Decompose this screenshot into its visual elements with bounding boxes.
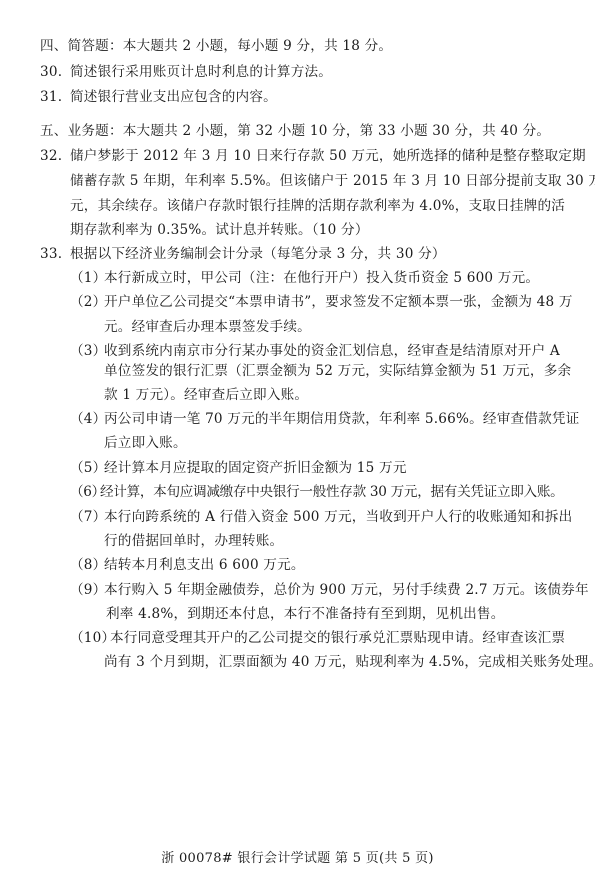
entry-text: 收到系统内南京市分行某办事处的资金汇划信息，经审查是结清原对开户 A [104,342,560,360]
entry-7-line-2: 行的借据回单时，办理转账。 [104,532,283,550]
page-footer: 浙 00078# 银行会计学试题 第 5 页(共 5 页) [0,850,595,868]
question-32-line-3: 元，其余续存。该储户存款时银行挂牌的活期存款利率为 4.0%，支取日挂牌的活 [70,197,565,215]
exam-page: 四、简答题：本大题共 2 小题，每小题 9 分，共 18 分。 30. 简述银行… [0,0,595,896]
entry-3-line-3: 款 1 万元）。经审查后立即入账。 [104,386,308,404]
question-text: 简述银行采用账页计息时利息的计算方法。 [70,63,332,81]
entry-3-line-2: 单位签发的银行汇票（汇票金额为 52 万元，实际结算金额为 51 万元，多余 [104,362,571,380]
entry-text: 经计算本月应提取的固定资产折旧金额为 15 万元 [104,459,407,477]
entry-label: （7） [70,508,106,526]
question-number: 33. [40,245,62,263]
entry-label: （8） [70,556,106,574]
question-number: 31. [40,88,62,106]
entry-text: 经计算，本旬应调减缴存中央银行一般性存款 30 万元，据有关凭证立即入账。 [100,483,563,501]
entry-label: （4） [70,410,106,428]
entry-text: 丙公司申请一笔 70 万元的半年期信用贷款，年利率 5.66%。经审查借款凭证 [104,410,579,428]
entry-text: 本行同意受理其开户的乙公司提交的银行承兑汇票贴现申请。经审查该汇票 [110,629,565,647]
section-4-heading: 四、简答题：本大题共 2 小题，每小题 9 分，共 18 分。 [40,37,392,55]
question-number: 30. [40,63,62,81]
entry-text: 结转本月利息支出 6 600 万元。 [104,556,305,574]
question-number: 32. [40,147,62,165]
entry-text: 开户单位乙公司提交“本票申请书”，要求签发不定额本票一张，金额为 48 万 [104,293,573,311]
entry-text: 本行新成立时，甲公司（注：在他行开户）投入货币资金 5 600 万元。 [104,269,539,287]
entry-label: （2） [70,293,106,311]
section-5-heading: 五、业务题：本大题共 2 小题，第 32 小题 10 分，第 33 小题 30 … [40,122,550,140]
entry-2-line-2: 元。经审查后办理本票签发手续。 [104,318,311,336]
entry-label: （10） [70,629,115,647]
entry-text: 本行购入 5 年期金融债券，总价为 900 万元，另付手续费 2.7 万元。该债… [104,581,589,599]
question-text: 简述银行营业支出应包含的内容。 [70,88,277,106]
entry-label: （1） [70,269,106,287]
entry-label: （3） [70,342,106,360]
question-text: 储户梦影于 2012 年 3 月 10 日来行存款 50 万元，她所选择的储种是… [70,147,586,165]
entry-text: 本行向跨系统的 A 行借入资金 500 万元，当收到开户人行的收账通知和拆出 [104,508,572,526]
question-32-line-4: 期存款利率为 0.35%。试计息并转账。（10 分） [70,221,369,239]
entry-10-line-2: 尚有 3 个月到期，汇票面额为 40 万元，贴现利率为 4.5%，完成相关账务处… [104,653,595,671]
entry-label: （9） [70,581,106,599]
entry-9-line-2: 利率 4.8%，到期还本付息，本行不准备持有至到期，见机出售。 [106,605,505,623]
question-text: 根据以下经济业务编制会计分录（每笔分录 3 分，共 30 分） [70,245,446,263]
entry-label: （5） [70,459,106,477]
entry-4-line-2: 后立即入账。 [104,434,187,452]
question-32-line-2: 储蓄存款 5 年期，年利率 5.5%。但该储户于 2015 年 3 月 10 日… [70,172,595,190]
